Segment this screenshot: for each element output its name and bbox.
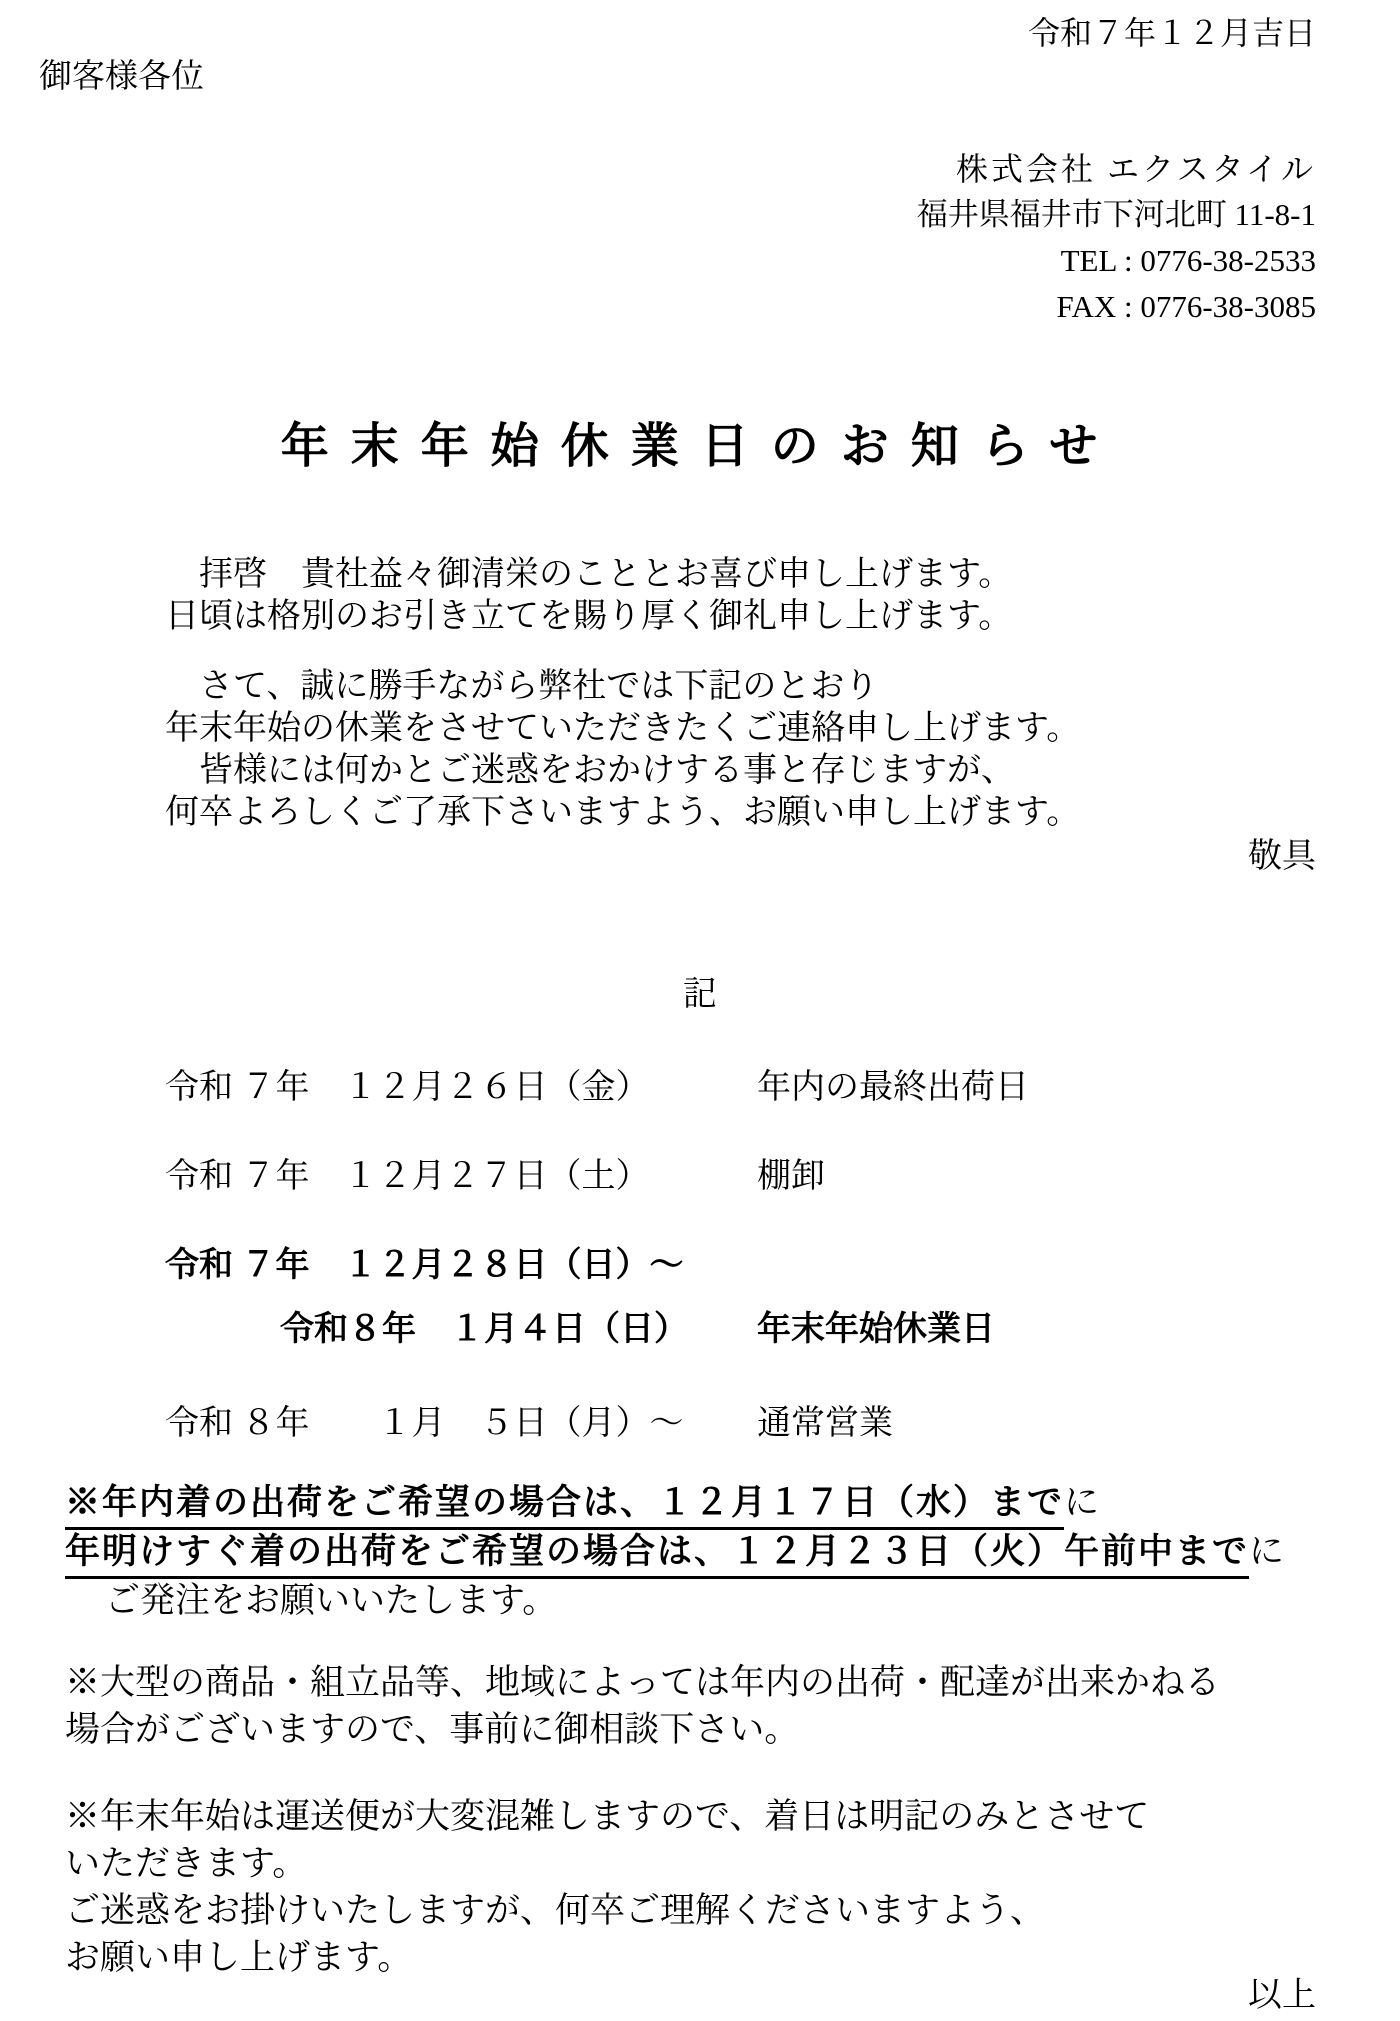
greeting-line-3: さて、誠に勝手ながら弊社では下記のとおり [165, 666, 1316, 708]
schedule-desc: 年末年始休業日 [757, 1308, 995, 1352]
schedule-desc: 棚卸 [757, 1155, 825, 1199]
schedule-row-holiday-end: 令和８年 １月４日（日） 年末年始休業日 [165, 1308, 1316, 1352]
note-order-request-line: ご発注をお願いいたします。 [105, 1576, 1316, 1625]
sender-address: 福井県福井市下河北町 11-8-1 [84, 192, 1316, 238]
schedule-date: 令和 ７年 １２月２６日（金） [165, 1066, 757, 1110]
greeting-line-5: 皆様には何かとご迷惑をおかけする事と存じますが、 [165, 750, 1316, 792]
schedule-row-inventory: 令和 ７年 １２月２７日（土） 棚卸 [165, 1155, 1316, 1199]
sender-tel: TEL : 0776-38-2533 [84, 238, 1316, 284]
schedule-desc: 年内の最終出荷日 [757, 1066, 1029, 1110]
greeting-line-2: 日頃は格別のお引き立てを賜り厚く御礼申し上げます。 [165, 596, 1316, 638]
sender-block: 株式会社 エクスタイル 福井県福井市下河北町 11-8-1 TEL : 0776… [84, 146, 1316, 330]
schedule-table: 令和 ７年 １２月２６日（金） 年内の最終出荷日 令和 ７年 １２月２７日（土）… [165, 1066, 1316, 1446]
notice-title: 年末年始休業日のお知らせ [84, 416, 1316, 478]
schedule-row-final-shipping: 令和 ７年 １２月２６日（金） 年内の最終出荷日 [165, 1066, 1316, 1110]
note-large-items-line-2: 場合がございますので、事前に御相談下さい。 [65, 1706, 1316, 1753]
greeting-line-1: 拝啓 貴社益々御清栄のこととお喜び申し上げます。 [165, 554, 1316, 596]
note-deadline-line-1: ※年内着の出荷をご希望の場合は、１２月１７日（水）までに [65, 1478, 1316, 1527]
note-deadline-line-2: 年明けすぐ着の出荷をご希望の場合は、１２月２３日（火）午前中までに [65, 1527, 1316, 1576]
note-large-items: ※大型の商品・組立品等、地域によっては年内の出荷・配達が出来かねる 場合がござい… [65, 1659, 1316, 1753]
schedule-row-normal-business: 令和 ８年 １月 ５日（月）～ 通常営業 [165, 1402, 1316, 1446]
note-carrier-congestion: ※年末年始は運送便が大変混雑しますので、着日は明記のみとさせて いただきます。 … [65, 1793, 1316, 1981]
note-carrier-line-1: ※年末年始は運送便が大変混雑しますので、着日は明記のみとさせて [65, 1793, 1316, 1840]
closing-keigu: 敬具 [84, 836, 1316, 878]
sender-company-name: 株式会社 エクスタイル [84, 146, 1316, 192]
schedule-date: 令和 ８年 １月 ５日（月）～ [165, 1402, 757, 1446]
record-marker: 記 [84, 972, 1316, 1018]
schedule-date: 令和８年 １月４日（日） [165, 1308, 757, 1352]
greeting-line-4: 年末年始の休業をさせていただきたくご連絡申し上げます。 [165, 708, 1316, 750]
greeting-line-6: 何卒よろしくご了承下さいますよう、お願い申し上げます。 [165, 792, 1316, 834]
deadline-line-1-tail: に [1064, 1483, 1099, 1522]
note-carrier-line-3: ご迷惑をお掛けいたしますが、何卒ご理解くださいますよう、 [65, 1887, 1316, 1934]
deadline-line-2-tail: に [1249, 1532, 1284, 1571]
schedule-desc: 通常営業 [757, 1402, 893, 1446]
greeting-body: 拝啓 貴社益々御清栄のこととお喜び申し上げます。 日頃は格別のお引き立てを賜り厚… [165, 554, 1316, 834]
note-carrier-line-2: いただきます。 [65, 1840, 1316, 1887]
schedule-date: 令和 ７年 １２月２８日（日）～ [165, 1244, 757, 1288]
note-carrier-line-4: お願い申し上げます。 [65, 1934, 1316, 1981]
note-large-items-line-1: ※大型の商品・組立品等、地域によっては年内の出荷・配達が出来かねる [65, 1659, 1316, 1706]
recipient-line: 御客様各位 [39, 56, 1316, 98]
closing-ijo: 以上 [84, 1975, 1316, 2017]
holiday-notice-letter: 令和７年１２月吉日 御客様各位 株式会社 エクスタイル 福井県福井市下河北町 1… [0, 0, 1400, 2021]
deadline-year-end-emphasis: ※年内着の出荷をご希望の場合は、１２月１７日（水）まで [65, 1483, 1064, 1530]
schedule-row-holiday-start: 令和 ７年 １２月２８日（日）～ [165, 1244, 1316, 1288]
schedule-date: 令和 ７年 １２月２７日（土） [165, 1155, 757, 1199]
deadline-new-year-emphasis: 年明けすぐ着の出荷をご希望の場合は、１２月２３日（火）午前中まで [65, 1532, 1249, 1579]
sender-fax: FAX : 0776-38-3085 [84, 284, 1316, 330]
note-shipping-deadlines: ※年内着の出荷をご希望の場合は、１２月１７日（水）までに 年明けすぐ着の出荷をご… [65, 1478, 1316, 1625]
document-date: 令和７年１２月吉日 [84, 12, 1316, 54]
